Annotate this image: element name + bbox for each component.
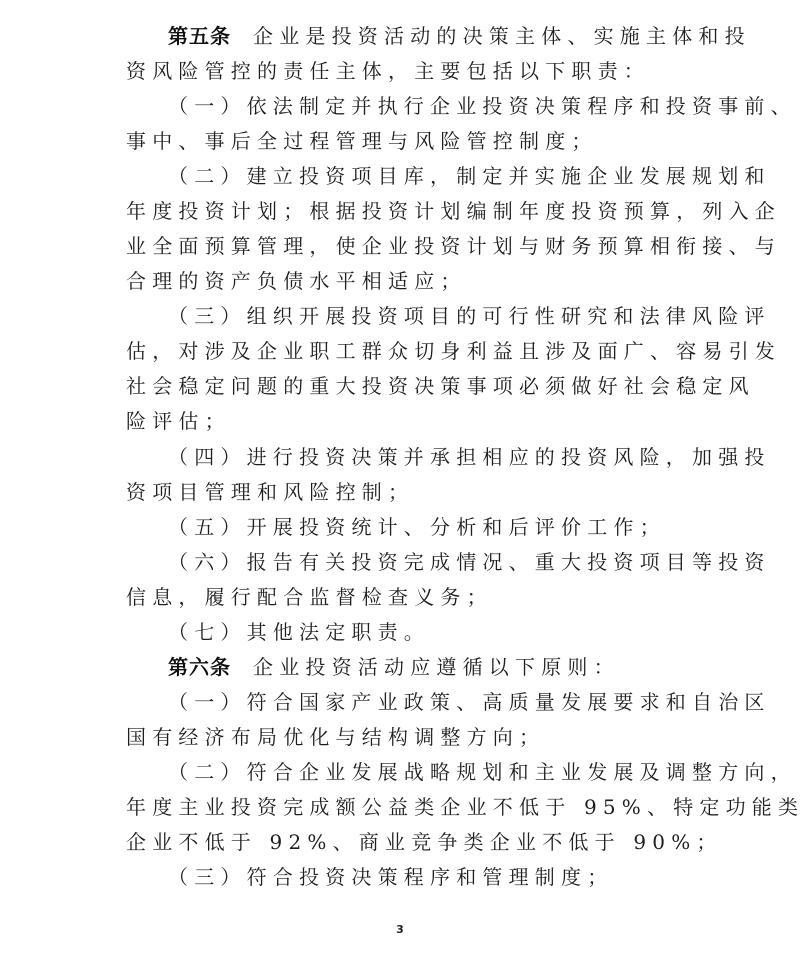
article-5-item-4-line-1: （四）进行投资决策并承担相应的投资风险，加强投 [168,445,708,469]
article-5-item-2-line-3: 业全面预算管理，使企业投资计划与财务预算相衔接、与 [126,234,666,258]
article-5-item-3-line-1: （三）组织开展投资项目的可行性研究和法律风险评 [168,304,708,328]
article-6-label: 第六条 [168,655,231,679]
article-5-item-2-line-2: 年度投资计划；根据投资计划编制年度投资预算，列入企 [126,199,666,223]
document-page: 第五条企业是投资活动的决策主体、实施主体和投 资风险管控的责任主体，主要包括以下… [0,0,800,962]
article-6-item-1-line-1: （一）符合国家产业政策、高质量发展要求和自治区 [168,690,708,714]
article-5-item-3-line-4: 险评估； [126,409,666,433]
article-5-item-6-line-2: 信息，履行配合监督检查义务； [126,585,666,609]
article-5-item-3-line-3: 社会稳定问题的重大投资决策事项必须做好社会稳定风 [126,374,666,398]
article-5-item-6-line-1: （六）报告有关投资完成情况、重大投资项目等投资 [168,550,708,574]
article-5-intro-continued: 资风险管控的责任主体，主要包括以下职责： [126,59,666,83]
article-6-item-2-line-3: 企业不低于 92%、商业竞争类企业不低于 90%； [126,830,666,854]
article-6-item-1-line-2: 国有经济布局优化与结构调整方向； [126,725,666,749]
page-number: 3 [0,923,800,936]
article-5-item-1-line-2: 事中、事后全过程管理与风险管控制度； [126,129,666,153]
article-5-item-4-line-2: 资项目管理和风险控制； [126,480,666,504]
article-6-item-2-line-1: （二）符合企业发展战略规划和主业发展及调整方向， [168,760,708,784]
article-5-item-2-line-4: 合理的资产负债水平相适应； [126,269,666,293]
article-6-item-3-line-1: （三）符合投资决策程序和管理制度； [168,865,708,889]
article-5-item-7-line-1: （七）其他法定职责。 [168,620,708,644]
article-5-heading-line: 第五条企业是投资活动的决策主体、实施主体和投 [168,24,708,48]
article-6-item-2-line-2: 年度主业投资完成额公益类企业不低于 95%、特定功能类 [126,795,666,819]
article-5-item-1-line-1: （一）依法制定并执行企业投资决策程序和投资事前、 [168,94,708,118]
article-5-item-5-line-1: （五）开展投资统计、分析和后评价工作； [168,515,708,539]
article-5-item-3-line-2: 估，对涉及企业职工群众切身利益且涉及面广、容易引发 [126,339,666,363]
article-6-intro: 企业投资活动应遵循以下原则： [253,655,620,679]
article-5-label: 第五条 [168,24,231,48]
article-5-item-2-line-1: （二）建立投资项目库，制定并实施企业发展规划和 [168,164,708,188]
article-6-heading-line: 第六条企业投资活动应遵循以下原则： [168,655,708,679]
article-5-intro: 企业是投资活动的决策主体、实施主体和投 [253,24,751,48]
